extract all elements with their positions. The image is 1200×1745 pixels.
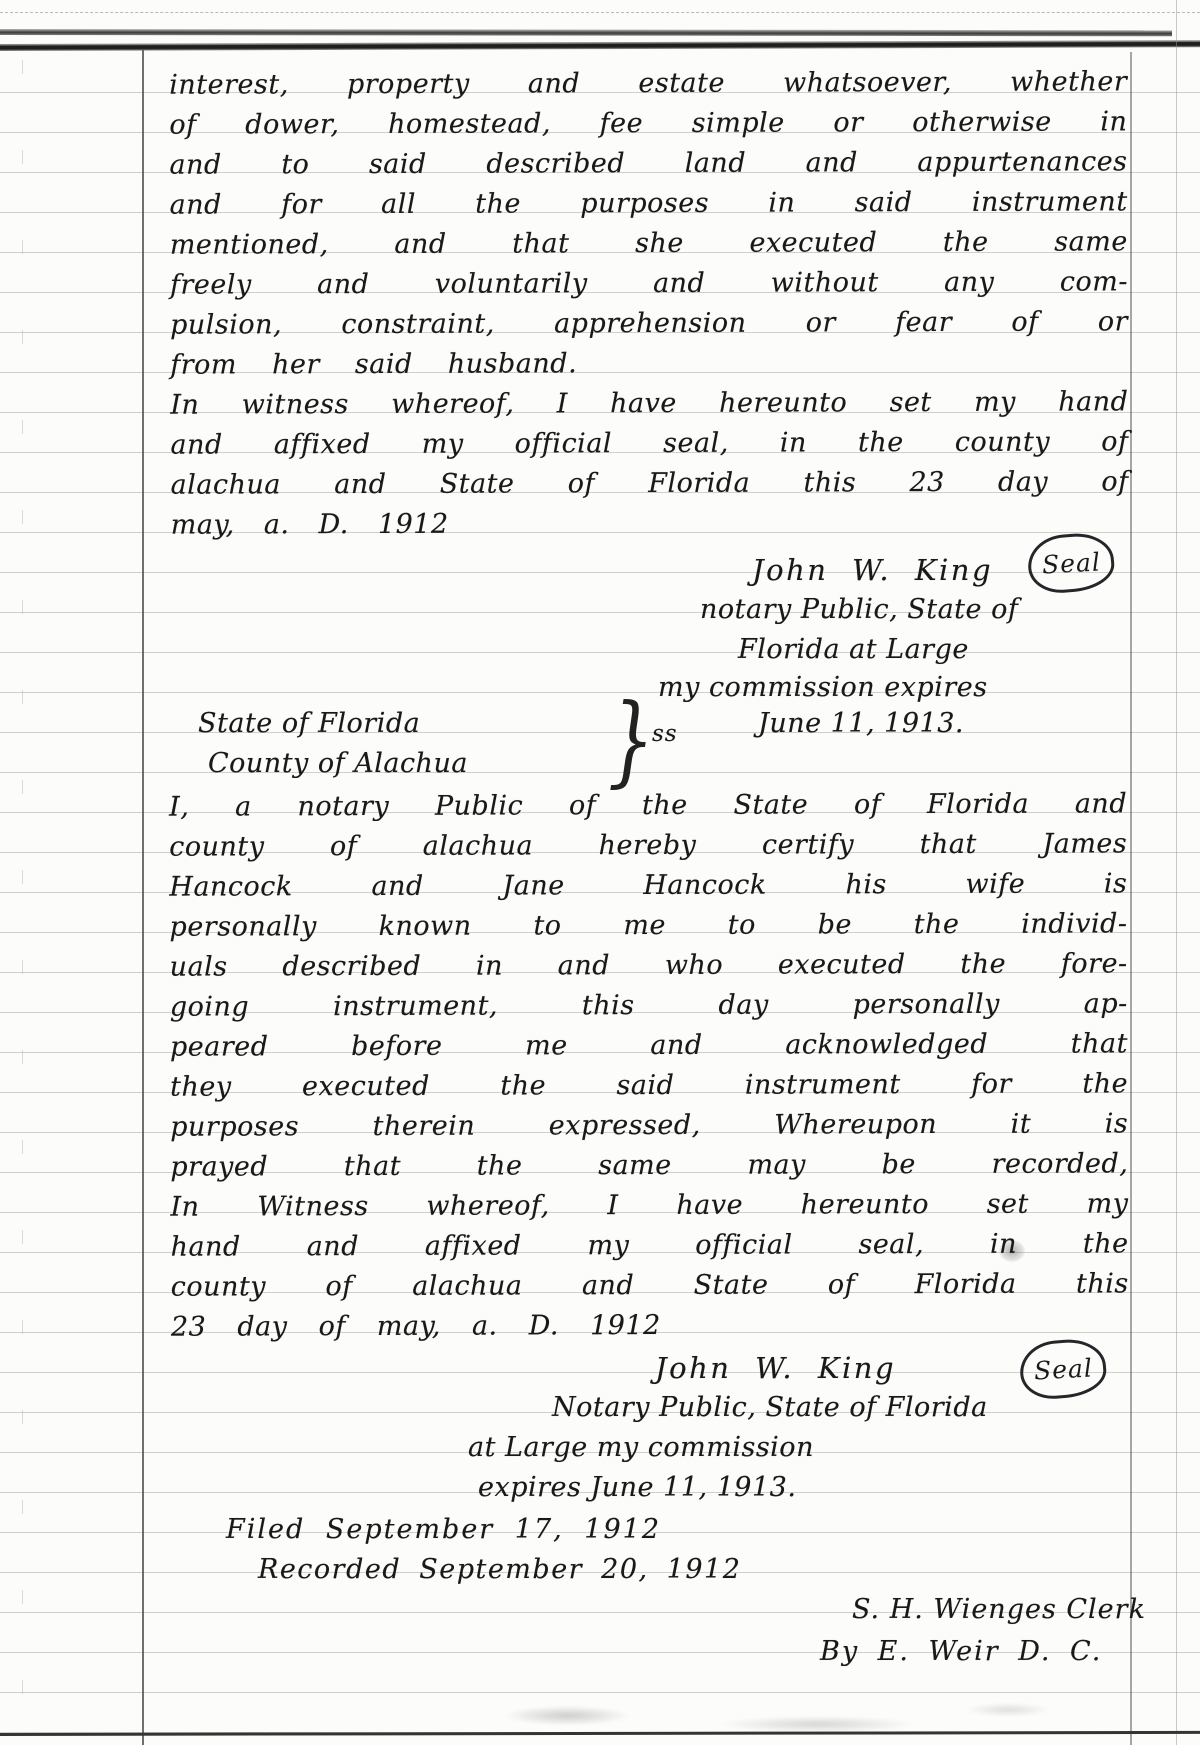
scanned-deed-record-page: interest, property and estate whatsoever… — [0, 0, 1200, 1745]
notary-seal-oval: Seal — [1018, 1336, 1109, 1401]
acknowledgment-paragraph-2: I, a notary Public of the State of Flori… — [169, 784, 1129, 1347]
page-edge-line — [1176, 0, 1177, 1745]
commission-line: my commission expires — [658, 668, 988, 708]
handwritten-line: of dower, homestead, fee simple or other… — [169, 102, 1127, 145]
commission-expiry-date: June 11, 1913. — [758, 704, 964, 744]
handwritten-line: county of alachua and State of Florida t… — [171, 1264, 1129, 1307]
binding-line-lower — [0, 40, 1200, 51]
handwritten-line: county of alachua hereby certify that Ja… — [169, 824, 1127, 867]
handwritten-line: freely and voluntarily and without any c… — [170, 262, 1128, 305]
handwritten-line: hand and affixed my official seal, in th… — [171, 1224, 1129, 1267]
clerk-signature: S. H. Wienges Clerk — [852, 1590, 1146, 1630]
handwritten-line: In witness whereof, I have hereunto set … — [170, 382, 1128, 425]
notary-title-line: Notary Public, State of Florida — [552, 1388, 988, 1428]
handwritten-line: uals described in and who executed the f… — [170, 944, 1128, 987]
binding-line-upper — [0, 29, 1172, 36]
handwritten-line: prayed that the same may be recorded, — [170, 1144, 1128, 1187]
seal-text: Seal — [1041, 547, 1101, 579]
deputy-clerk-signature: By E. Weir D. C. — [820, 1632, 1102, 1672]
handwritten-line: pulsion, constraint, apprehension or fea… — [170, 302, 1128, 345]
jurat-state-line: State of Florida — [198, 704, 420, 744]
handwritten-line: and to said described land and appurtena… — [169, 142, 1127, 185]
handwritten-line: interest, property and estate whatsoever… — [169, 62, 1127, 105]
left-margin-line — [142, 50, 144, 1745]
handwritten-line: In Witness whereof, I have hereunto set … — [170, 1184, 1128, 1227]
notary-title-line: notary Public, State of — [700, 590, 1018, 630]
handwritten-line: from her said husband. — [170, 342, 1128, 385]
left-edge-scan-marks — [22, 60, 23, 1745]
handwritten-line: purposes therein expressed, Whereupon it… — [170, 1104, 1128, 1147]
commission-expiry-date: expires June 11, 1913. — [478, 1468, 796, 1508]
handwritten-line: mentioned, and that she executed the sam… — [170, 222, 1128, 265]
handwritten-line: going instrument, this day personally ap… — [170, 984, 1128, 1027]
recorded-date-line: Recorded September 20, 1912 — [258, 1550, 741, 1590]
jurat-brace: } — [608, 692, 655, 790]
acknowledgment-paragraph-1: interest, property and estate whatsoever… — [169, 62, 1129, 545]
handwritten-line: alachua and State of Florida this 23 day… — [171, 462, 1129, 505]
handwritten-line: may, a. D. 1912 — [171, 502, 1129, 545]
handwritten-line: Hancock and Jane Hancock his wife is — [169, 864, 1127, 907]
jurat-county-line: County of Alachua — [208, 744, 468, 784]
handwritten-line: I, a notary Public of the State of Flori… — [169, 784, 1127, 827]
notary-signature: John W. King — [752, 550, 993, 590]
commission-line: at Large my commission — [468, 1428, 814, 1468]
handwritten-line: personally known to me to be the individ… — [169, 904, 1127, 947]
handwritten-line: they executed the said instrument for th… — [170, 1064, 1128, 1107]
handwritten-line: peared before me and acknowledged that — [170, 1024, 1128, 1067]
seal-text: Seal — [1033, 1353, 1093, 1385]
filed-date-line: Filed September 17, 1912 — [226, 1510, 661, 1550]
handwritten-line: and affixed my official seal, in the cou… — [170, 422, 1128, 465]
top-edge-dotted-line — [0, 12, 1200, 13]
handwritten-line: and for all the purposes in said instrum… — [170, 182, 1128, 225]
notary-title-line: Florida at Large — [738, 630, 969, 670]
notary-signature: John W. King — [655, 1348, 896, 1388]
jurat-ss-mark: ss — [652, 714, 678, 754]
handwritten-line: 23 day of may, a. D. 1912 — [171, 1304, 1129, 1347]
right-margin-line — [1130, 52, 1132, 1745]
bottom-scan-smudge — [400, 1675, 1160, 1733]
